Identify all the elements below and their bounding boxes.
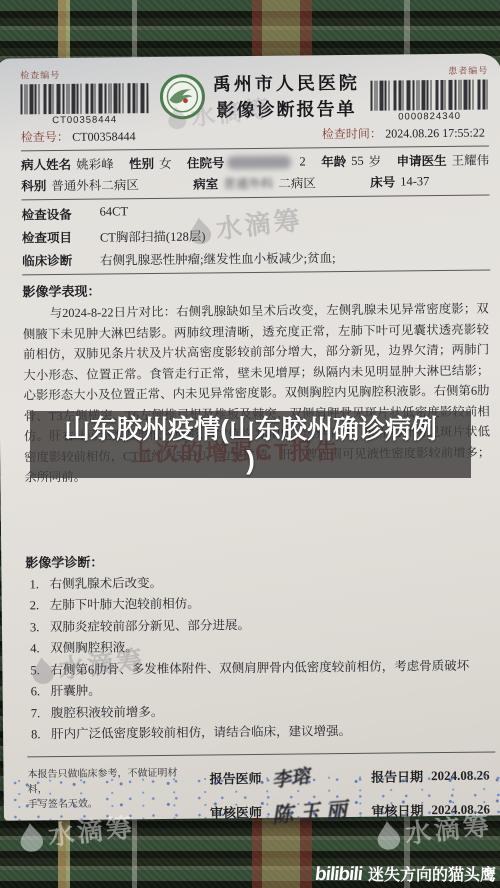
diagnosis-num: 2. (30, 595, 50, 617)
exam-item-label: 检查项目 (22, 228, 100, 247)
request-doctor: 王耀伟 (452, 151, 490, 169)
caption-banner: 山东胶州疫情(山东胶州确诊病例 ) (30, 411, 471, 478)
patient-number-label: 患者编号 (370, 64, 488, 78)
report-header: 检查编号 CT00358444 禹州市人民医院 影像诊断报告单 患者编号 000… (20, 64, 489, 127)
findings-heading: 影像学表现： (22, 277, 490, 301)
diagnosis-num: 1. (29, 574, 49, 596)
divider (22, 270, 490, 276)
ink-speckles (4, 769, 500, 820)
bed-label: 床号 (370, 172, 395, 190)
admission-number-redacted (227, 155, 291, 169)
bilibili-watermark: bilibili 迷失方向的猫头鹰 (315, 862, 496, 886)
diagnosis-num: 5. (30, 660, 50, 682)
patient-name: 姚彩峰 (76, 154, 114, 172)
caption-line-2: ) (246, 445, 255, 476)
diagnosis-heading: 影像学诊断： (25, 547, 493, 571)
report-title: 影像诊断报告单 (213, 95, 360, 123)
exam-id-row: 检查号： CT00358444 检查时间： 2024.08.26 17:55:2… (21, 124, 489, 146)
patient-barcode-value: 0000824340 (371, 111, 489, 123)
diagnosis-text: 腹腔积液较前增多。 (51, 704, 164, 719)
admission-label: 住院号 (187, 153, 225, 171)
diagnosis-num: 7. (31, 703, 51, 725)
hospital-title-block: 禹州市人民医院 影像诊断报告单 (148, 65, 371, 123)
diagnosis-num: 6. (31, 681, 51, 703)
exam-time-label: 检查时间： (322, 127, 382, 142)
request-doctor-label: 申请医生 (397, 151, 447, 170)
divider (27, 751, 495, 757)
exam-item-value: CT胸部扫描(128层) (100, 226, 206, 245)
diagnosis-text: 肝囊肿。 (51, 684, 101, 699)
diagnosis-text: 双肺炎症较前部分新见、部分进展。 (50, 618, 250, 634)
diagnosis-section: 影像学诊断： 1.右侧乳腺术后改变。 2.左肺下叶肺大泡较前相仿。 3.双肺炎症… (25, 547, 495, 746)
diagnosis-text: 右侧乳腺术后改变。 (49, 575, 162, 590)
diagnosis-num: 8. (31, 724, 51, 746)
exam-time-row: 检查时间： 2024.08.26 17:55:22 (322, 124, 485, 143)
dept-value: 普通外科二病区 (51, 175, 139, 194)
exam-no-row-label: 检查号： (21, 130, 69, 145)
diagnosis-text: 左肺下叶肺大泡较前相仿。 (50, 597, 200, 613)
device-value: 64CT (100, 204, 129, 222)
bed-value: 14-37 (400, 174, 429, 189)
age-unit: 岁 (369, 152, 382, 170)
gender-value: 女 (159, 154, 172, 172)
patient-row-1: 病人姓名 姚彩峰 性别 女 住院号 2 年龄 55 岁 申请医生 王耀伟 (21, 151, 489, 174)
hospital-logo-icon (159, 73, 205, 119)
diagnosis-num: 3. (30, 617, 50, 639)
patient-number-block: 患者编号 0000824340 (370, 64, 489, 123)
patient-name-label: 病人姓名 (21, 155, 71, 174)
diagnosis-text: 双侧胸腔积液。 (50, 640, 138, 655)
bilibili-logo: bilibili (314, 864, 363, 886)
ward-label: 病室 (193, 174, 218, 192)
clinical-dx-label: 临床诊断 (22, 251, 100, 270)
dept-label: 科别 (21, 176, 46, 194)
diagnosis-text: 右侧第6肋骨、多发椎体附件、双侧肩胛骨内低密度较前相仿，考虑骨质破坏 (50, 658, 469, 676)
patient-row-2: 科别 普通外科二病区 病室 普通外科 二病区 床号 14-37 (21, 172, 489, 195)
hospital-name: 禹州市人民医院 (213, 69, 360, 97)
exam-barcode (20, 83, 148, 114)
caption-line-1: 山东胶州疫情(山东胶州确诊病例 (64, 414, 437, 445)
exam-no-row-value: CT00358444 (72, 129, 135, 144)
clinical-dx-value: 右侧乳腺恶性肿瘤;继发性血小板减少;贫血; (100, 248, 336, 268)
gender-label: 性别 (129, 154, 154, 172)
exam-barcode-value: CT00358444 (21, 114, 149, 126)
device-label: 检查设备 (22, 205, 100, 224)
device-row: 检查设备 64CT (22, 201, 490, 224)
clinical-dx-row: 临床诊断 右侧乳腺恶性肿瘤;继发性血小板减少;贫血; (22, 247, 490, 270)
admission-visible-digit: 2 (299, 154, 305, 169)
diagnosis-list: 1.右侧乳腺术后改变。 2.左肺下叶肺大泡较前相仿。 3.双肺炎症较前部分新见、… (25, 569, 495, 746)
age-value: 55 (351, 153, 364, 168)
divider (21, 195, 489, 201)
exam-number-block: 检查编号 CT00358444 (20, 67, 149, 126)
exam-item-row: 检查项目 CT胸部扫描(128层) (22, 224, 490, 247)
age-label: 年龄 (321, 152, 346, 170)
diagnosis-num: 4. (30, 638, 50, 660)
exam-number-label: 检查编号 (20, 67, 148, 81)
diagnosis-text: 肝内广泛低密度影较前相仿，请结合临床，建议增强。 (51, 724, 351, 741)
diagnosis-item: 8.肝内广泛低密度影较前相仿，请结合临床，建议增强。 (27, 719, 495, 745)
ward-blurred: 普通外科 (223, 174, 273, 193)
bilibili-username: 迷失方向的猫头鹰 (368, 862, 496, 885)
exam-time-value: 2024.08.26 17:55:22 (385, 126, 485, 141)
patient-barcode (370, 80, 488, 111)
report-title-block: 禹州市人民医院 影像诊断报告单 (213, 69, 361, 123)
exam-number-row: 检查号： CT00358444 (21, 127, 136, 145)
ward-visible: 二病区 (278, 173, 316, 191)
